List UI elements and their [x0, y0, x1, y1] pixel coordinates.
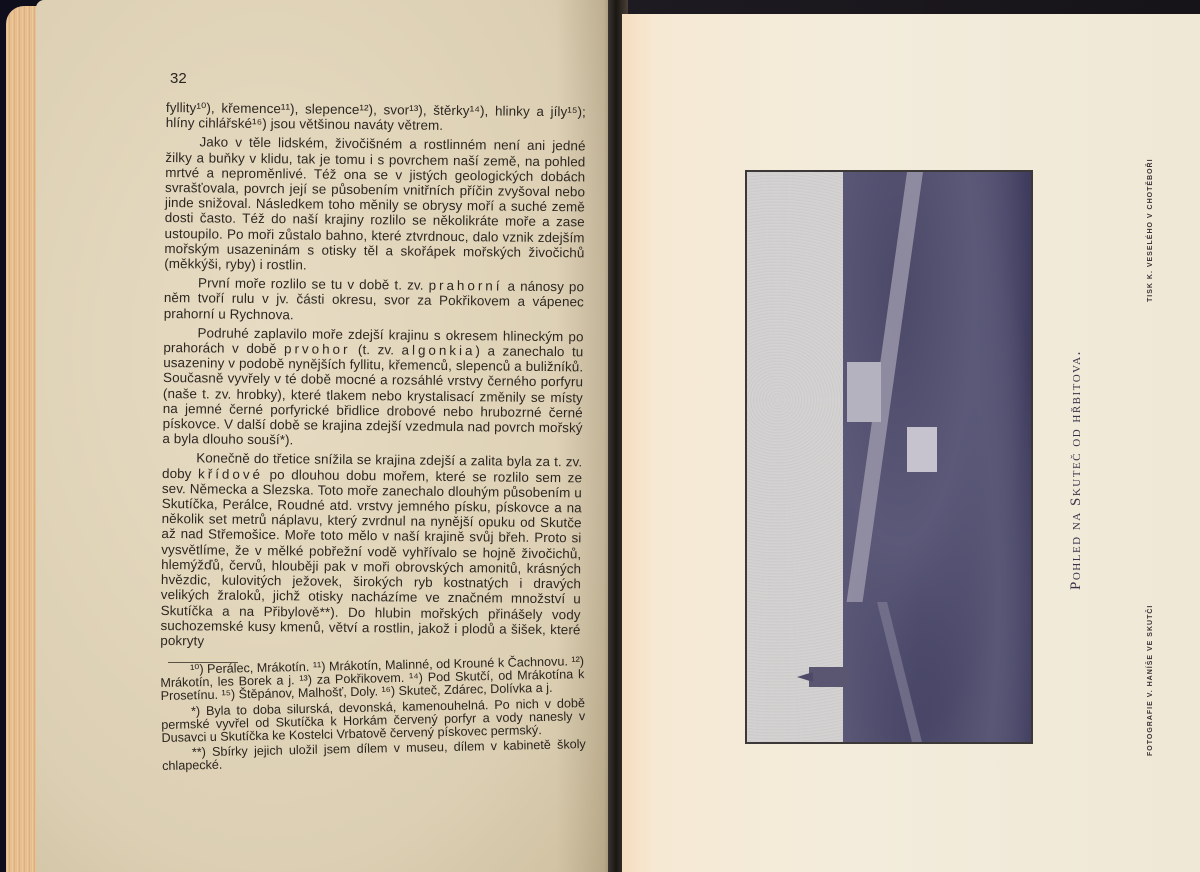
printer-credit: TISK K. VESELÉHO V CHOTĚBOŘI — [1147, 158, 1154, 302]
photo-church — [809, 667, 849, 687]
text-run: ) a zanechalo tu usazeniny v podobě nyně… — [162, 343, 583, 447]
footnotes: ¹⁰) Perálec, Mrákotín. ¹¹) Mrákotín, Mal… — [160, 655, 586, 775]
spaced-term: křídové — [198, 466, 263, 482]
text-run: po dlouhou dobu mořem, které se rozlilo … — [160, 467, 582, 649]
paragraph-3: První moře rozlilo se tu v době t. zv. p… — [164, 275, 584, 325]
spaced-term: prvohor — [284, 341, 351, 357]
spaced-term: prahorní — [429, 278, 503, 294]
paragraph-2: Jako v těle lidském, živočišném a rostli… — [164, 134, 585, 275]
church-spire-icon — [797, 672, 813, 682]
page-number: 32 — [170, 70, 187, 87]
footnote-numbered: ¹⁰) Perálec, Mrákotín. ¹¹) Mrákotín, Mal… — [160, 655, 585, 703]
paragraph-5: Konečně do třetice snížila se krajina zd… — [160, 450, 582, 652]
body-text: fyllity¹⁰), křemence¹¹), slepence¹²), sv… — [160, 100, 586, 656]
photo-sky — [747, 172, 849, 742]
text-run: (t. zv. — [350, 342, 401, 358]
spaced-term: algonkia — [402, 343, 476, 359]
paragraph-4: Podruhé zaplavilo moře zdejší krajinu s … — [162, 325, 583, 451]
photographer-credit: FOTOGRAFIE V. HANÍŠE VE SKUTČI — [1147, 605, 1154, 756]
photo-building — [847, 362, 881, 422]
paragraph-1: fyllity¹⁰), křemence¹¹), slepence¹²), sv… — [166, 100, 586, 135]
photo-plate — [745, 170, 1033, 744]
plate-caption: Pohled na Skuteč od hřbitova. — [1068, 350, 1085, 590]
photo-building — [907, 427, 937, 472]
